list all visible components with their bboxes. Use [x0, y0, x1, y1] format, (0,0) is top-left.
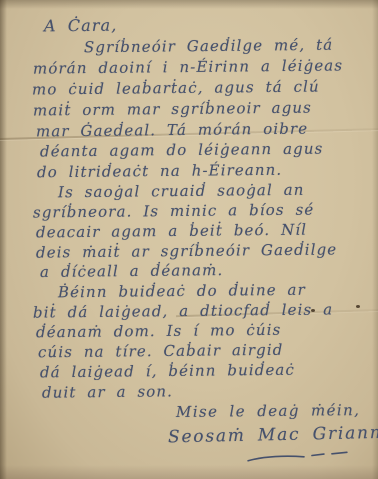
letter-line: déanta agam do léiġeann agus	[40, 140, 324, 161]
letter-line: Is saoġal cruaiḋ saoġal an	[58, 181, 305, 202]
signature: Seosaṁ Mac Grianna	[168, 423, 378, 448]
letter-line: a ḋíċeall a ḋéanaṁ.	[40, 261, 224, 281]
letter-line: cúis na tíre. Caḃair airgid	[38, 341, 284, 362]
letter-line: dá laiġead í, ḃéinn buiḋeaċ	[40, 361, 295, 382]
letter-line: biṫ dá laiġead, a dtiocfaḋ leis a	[33, 300, 333, 321]
letter-line: do litriḋeaċt na h-Éireann.	[37, 161, 282, 182]
letter-line: deis ṁaiṫ ar sgríḃneóir Gaeḋilge	[36, 240, 337, 261]
letter-line: maiṫ orm mar sgríḃneoir agus	[33, 99, 312, 120]
letter-line: mar Ġaeḋeal. Tá mórán oibre	[36, 120, 308, 141]
letter-line: Sgríḃneóir Gaeḋilge mé, tá	[84, 36, 333, 57]
letter-line: deacair agam a ḃeiṫ beó. Níl	[36, 221, 307, 242]
letter-paper: A Ċara, Sgríḃneóir Gaeḋilge mé, tá mórán…	[0, 0, 378, 479]
letter-line: duit ar a son.	[42, 382, 173, 401]
paper-speck	[356, 305, 360, 308]
letter-line: Ḃéinn buiḋeaċ do ḋuine ar	[58, 281, 306, 302]
letter-line: mórán daoiní i n-Éirinn a léiġeas	[33, 56, 343, 77]
closing: Mise le deaġ ṁéin,	[176, 401, 360, 421]
letter-line: ḋéanaṁ dom. Is í mo ċúis	[36, 321, 282, 342]
letter-photo: A Ċara, Sgríḃneóir Gaeḋilge mé, tá mórán…	[0, 0, 378, 479]
letter-line: sgríḃneora. Is minic a bíos sé	[33, 201, 314, 222]
signature-flourish	[246, 447, 350, 467]
salutation: A Ċara,	[44, 16, 118, 36]
letter-line: mo ċuid leaḃarṫaċ, agus tá clú	[32, 77, 320, 98]
